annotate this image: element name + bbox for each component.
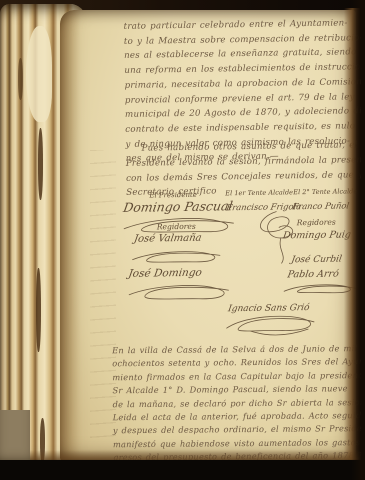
- paragraph-next-session: En la villa de Cassá de la Selva á dos d…: [112, 342, 357, 465]
- handwritten-ink-layer: trato particular celebrado entre el Ayun…: [0, 0, 365, 480]
- signature-regidor: José Valmaña: [133, 233, 202, 245]
- right-shadow: [351, 0, 365, 480]
- regidores-heading-left: Regidores: [157, 222, 196, 232]
- signature-president: Domingo Pascual: [122, 198, 234, 215]
- signature-regidor: José Curbil: [291, 254, 343, 265]
- first-deputy-title: El 1er Tente Alcalde: [225, 188, 293, 197]
- manuscript-photo: trato particular celebrado entre el Ayun…: [0, 0, 365, 480]
- table-surface: [0, 410, 30, 466]
- regidores-heading-right: Regidores: [297, 218, 336, 228]
- signature-regidor: Pablo Arró: [287, 269, 340, 281]
- signature-rubric: [125, 280, 233, 304]
- signature-regidor: José Domingo: [128, 267, 203, 280]
- signature-rubric: [220, 311, 318, 339]
- signature-rubric: [128, 247, 224, 267]
- signature-regidor: Domingo Puig: [282, 229, 352, 241]
- bottom-shadow: [0, 460, 365, 480]
